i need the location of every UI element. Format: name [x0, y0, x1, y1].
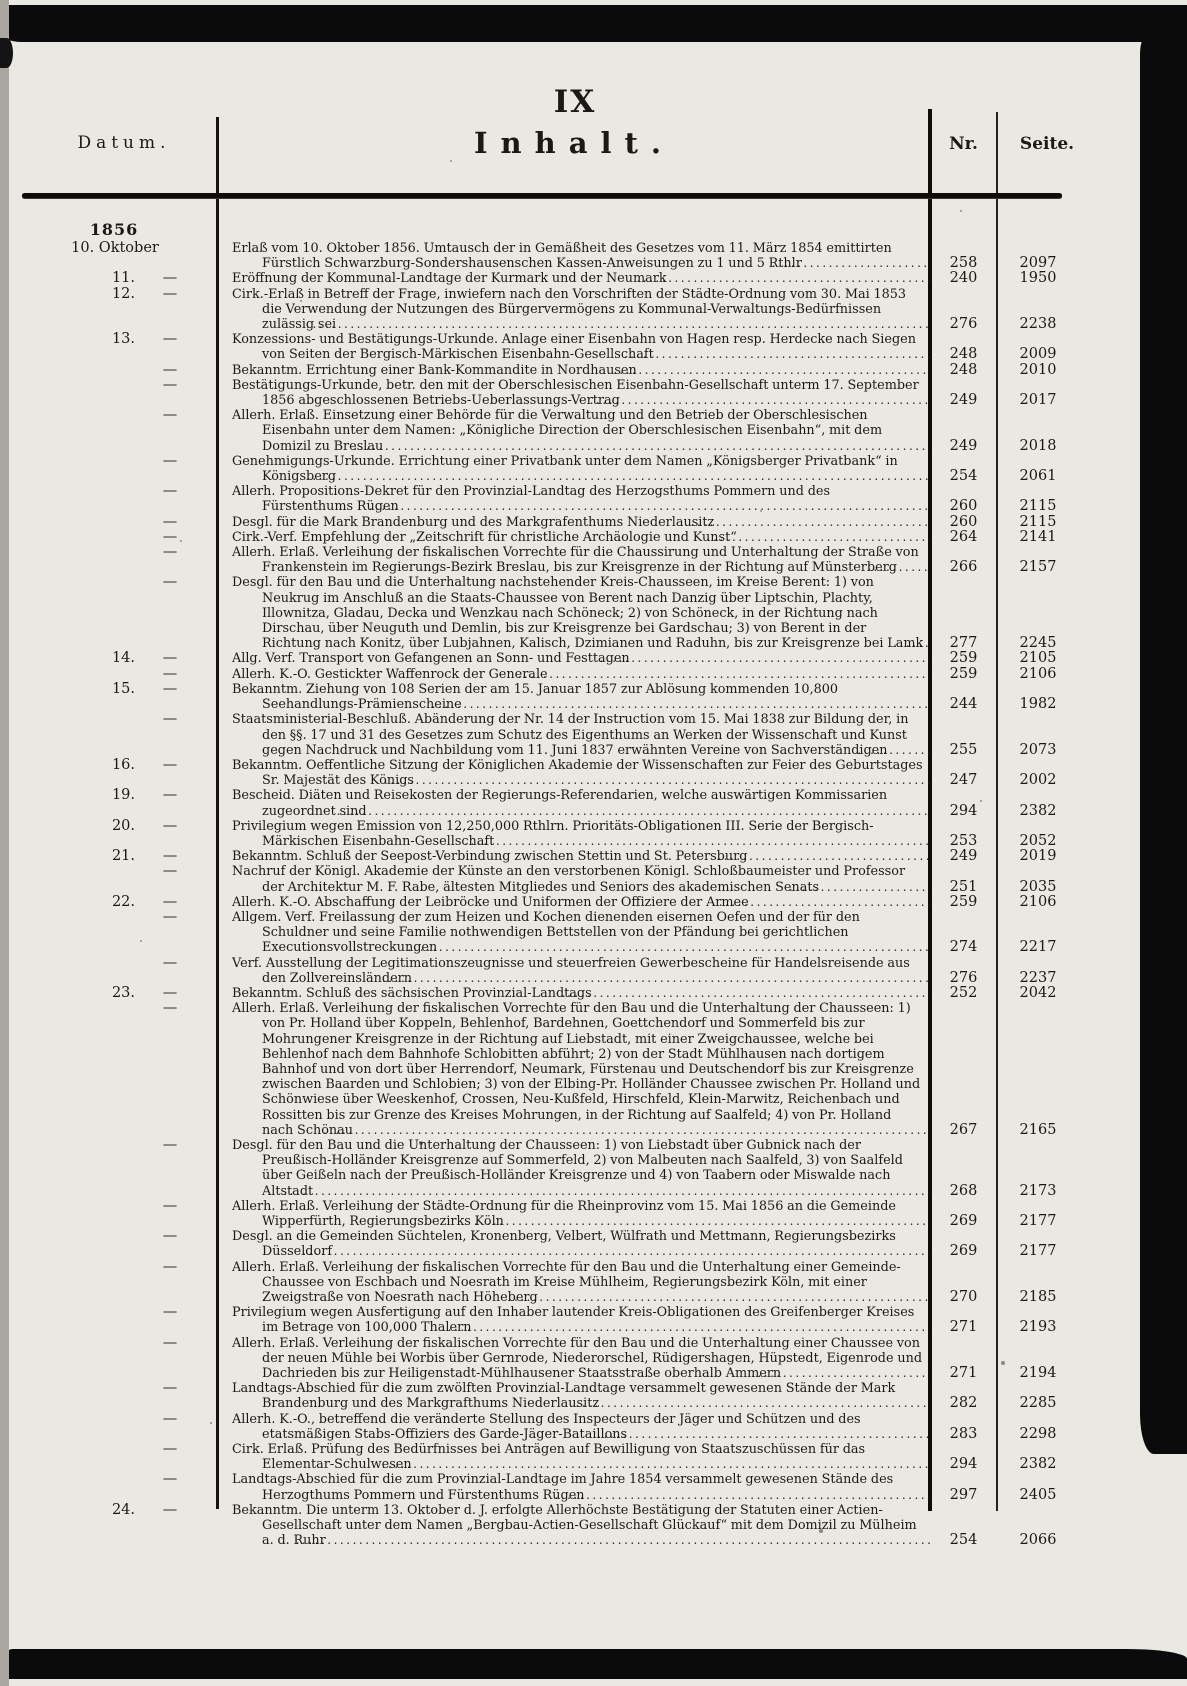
date-number: 24.: [30, 1503, 135, 1518]
date-number: [30, 1001, 135, 1016]
year-label: 1856: [30, 220, 198, 239]
seite-value: 2193: [997, 1320, 1135, 1335]
entry-text: Nachruf der Königl. Akademie der Künste …: [218, 864, 924, 894]
date-ditto-dash: —: [135, 1260, 205, 1275]
date-number: [30, 484, 135, 499]
entry-text: Bekanntm. Schluß des sächsischen Provinz…: [218, 986, 924, 1001]
scan-edge-right: [1140, 34, 1187, 1454]
table-row: 11.—Eröffnung der Kommunal-Landtage der …: [30, 271, 1135, 286]
entry-cell: Desgl. für die Mark Brandenburg und des …: [218, 515, 930, 530]
date-ditto-dash: —: [135, 1138, 205, 1153]
entry-cell: Allerh. K.-O., betreffend die veränderte…: [218, 1412, 930, 1442]
table-row: —Allerh. Erlaß. Verleihung der Städte-Or…: [30, 1199, 1135, 1229]
column-header-nr: Nr.: [930, 134, 997, 154]
table-row: —Nachruf der Königl. Akademie der Künste…: [30, 864, 1135, 894]
date-cell: —: [30, 1001, 218, 1016]
nr-value: 258: [930, 256, 997, 271]
date-ditto-dash: —: [135, 408, 205, 423]
date-ditto-dash: —: [135, 651, 205, 666]
entry-cell: Staatsministerial-Beschluß. Abänderung d…: [218, 712, 930, 758]
seite-value: 2177: [997, 1244, 1135, 1259]
entry-cell: Desgl. für den Bau und die Unterhaltung …: [218, 1138, 930, 1199]
date-ditto-dash: —: [135, 1336, 205, 1351]
entry-cell: Cirk.-Verf. Empfehlung der „Zeitschrift …: [218, 530, 930, 545]
date-number: [30, 575, 135, 590]
seite-value: 2019: [997, 849, 1135, 864]
nr-value: 294: [930, 804, 997, 819]
table-row: 15.—Bekanntm. Ziehung von 108 Serien der…: [30, 682, 1135, 712]
seite-value: 2157: [997, 560, 1135, 575]
entry-cell: Allerh. Erlaß. Verleihung der fiskalisch…: [218, 1336, 930, 1382]
date-cell: 15.—: [30, 682, 218, 697]
date-cell: —: [30, 1199, 218, 1214]
date-cell: —: [30, 1336, 218, 1351]
seite-value: 2115: [997, 515, 1135, 530]
table-row: —Landtags-Abschied für die zum Provinzia…: [30, 1472, 1135, 1502]
nr-value: 271: [930, 1366, 997, 1381]
scanned-page: IX Datum. Inhalt. Nr. Seite. 1856 10. Ok…: [0, 0, 1187, 1686]
date-cell: —: [30, 1472, 218, 1487]
seite-value: 2185: [997, 1290, 1135, 1305]
seite-value: 2405: [997, 1488, 1135, 1503]
nr-value: 254: [930, 1533, 997, 1548]
entry-cell: Allerh. Erlaß. Verleihung der fiskalisch…: [218, 545, 930, 575]
date-number: [30, 1260, 135, 1275]
entry-text: Konzessions- und Bestätigungs-Urkunde. A…: [218, 332, 924, 362]
entry-text: Cirk.-Erlaß in Betreff der Frage, inwief…: [218, 287, 924, 333]
date-number: [30, 1412, 135, 1427]
date-cell: —: [30, 667, 218, 682]
nr-value: 282: [930, 1396, 997, 1411]
column-header-seite: Seite.: [997, 134, 1097, 154]
page-number: IX: [0, 84, 1150, 120]
date-cell: —: [30, 864, 218, 879]
entry-cell: Nachruf der Königl. Akademie der Künste …: [218, 864, 930, 894]
seite-value: 2382: [997, 804, 1135, 819]
date-ditto-dash: —: [135, 575, 205, 590]
nr-value: 276: [930, 971, 997, 986]
seite-value: 2066: [997, 1533, 1135, 1548]
seite-value: 2382: [997, 1457, 1135, 1472]
seite-value: 2052: [997, 834, 1135, 849]
entry-text: Genehmigungs-Urkunde. Errichtung einer P…: [218, 454, 924, 484]
nr-value: 240: [930, 271, 997, 286]
date-number: 20.: [30, 819, 135, 834]
date-cell: —: [30, 1260, 218, 1275]
nr-value: 267: [930, 1123, 997, 1138]
column-header-datum: Datum.: [30, 133, 218, 153]
table-row: 19.—Bescheid. Diäten und Reisekosten der…: [30, 788, 1135, 818]
date-cell: —: [30, 1229, 218, 1244]
entry-text: Allerh. Erlaß. Einsetzung einer Behörde …: [218, 408, 924, 454]
date-ditto-dash: —: [135, 378, 205, 393]
nr-value: 251: [930, 880, 997, 895]
entry-text: Desgl. an die Gemeinden Süchtelen, Krone…: [218, 1229, 924, 1259]
date-number: [30, 1138, 135, 1153]
seite-value: 2245: [997, 636, 1135, 651]
date-cell: —: [30, 1412, 218, 1427]
table-row: —Verf. Ausstellung der Legitimationszeug…: [30, 956, 1135, 986]
entry-cell: Privilegium wegen Emission von 12,250,00…: [218, 819, 930, 849]
table-row: —Allerh. K.-O., betreffend die verändert…: [30, 1412, 1135, 1442]
header-rule: [22, 193, 1062, 198]
date-number: 21.: [30, 849, 135, 864]
table-row: —Allerh. Erlaß. Verleihung der fiskalisc…: [30, 545, 1135, 575]
nr-value: 270: [930, 1290, 997, 1305]
date-ditto-dash: —: [135, 712, 205, 727]
entry-text: Allerh. K.-O. Gestickter Waffenrock der …: [218, 667, 924, 682]
date-number: [30, 515, 135, 530]
date-number: [30, 363, 135, 378]
date-cell: —: [30, 363, 218, 378]
table-row: —Allerh. Erlaß. Verleihung der fiskalisc…: [30, 1336, 1135, 1382]
seite-value: 2009: [997, 347, 1135, 362]
entry-cell: Landtags-Abschied für die zum zwölften P…: [218, 1381, 930, 1411]
table-row: —Cirk. Erlaß. Prüfung des Bedürfnisses b…: [30, 1442, 1135, 1472]
nr-value: 297: [930, 1488, 997, 1503]
seite-value: 2285: [997, 1396, 1135, 1411]
seite-value: 2217: [997, 940, 1135, 955]
date-number: 11.: [30, 271, 135, 286]
entry-cell: Allgem. Verf. Freilassung der zum Heizen…: [218, 910, 930, 956]
table-row: 10. OktoberErlaß vom 10. Oktober 1856. U…: [30, 241, 1135, 271]
nr-value: 271: [930, 1320, 997, 1335]
date-ditto-dash: —: [135, 363, 205, 378]
entry-text: Bekanntm. Ziehung von 108 Serien der am …: [218, 682, 924, 712]
seite-value: 2002: [997, 773, 1135, 788]
date-cell: 23.—: [30, 986, 218, 1001]
date-cell: —: [30, 454, 218, 469]
nr-value: 274: [930, 940, 997, 955]
table-row: —Bestätigungs-Urkunde, betr. den mit der…: [30, 378, 1135, 408]
entry-text: Allerh. Propositions-Dekret für den Prov…: [218, 484, 924, 514]
date-ditto-dash: —: [135, 545, 205, 560]
seite-value: 2035: [997, 880, 1135, 895]
entry-text: Allerh. Erlaß. Verleihung der Städte-Ord…: [218, 1199, 924, 1229]
entry-text: Desgl. für den Bau und die Unterhaltung …: [218, 575, 924, 651]
entry-cell: Bekanntm. Schluß der Seepost-Verbindung …: [218, 849, 930, 864]
entry-cell: Allerh. Erlaß. Verleihung der fiskalisch…: [218, 1260, 930, 1306]
seite-value: 2298: [997, 1427, 1135, 1442]
seite-value: 2177: [997, 1214, 1135, 1229]
seite-value: 1950: [997, 271, 1135, 286]
seite-value: 2106: [997, 895, 1135, 910]
entry-text: Bekanntm. Errichtung einer Bank-Kommandi…: [218, 363, 924, 378]
table-row: —Staatsministerial-Beschluß. Abänderung …: [30, 712, 1135, 758]
table-row: 24.—Bekanntm. Die unterm 13. Oktober d. …: [30, 1503, 1135, 1549]
entry-cell: Bekanntm. Die unterm 13. Oktober d. J. e…: [218, 1503, 930, 1549]
entry-text: Allerh. Erlaß. Verleihung der fiskalisch…: [218, 1001, 924, 1138]
date-ditto-dash: —: [135, 530, 205, 545]
nr-value: 252: [930, 986, 997, 1001]
entry-text: Verf. Ausstellung der Legitimationszeugn…: [218, 956, 924, 986]
table-row: —Genehmigungs-Urkunde. Errichtung einer …: [30, 454, 1135, 484]
entry-cell: Allerh. Erlaß. Verleihung der Städte-Ord…: [218, 1199, 930, 1229]
entry-text: Allg. Verf. Transport von Gefangenen an …: [218, 651, 924, 666]
column-header-inhalt: Inhalt.: [218, 126, 930, 160]
entry-cell: Bekanntm. Ziehung von 108 Serien der am …: [218, 682, 930, 712]
date-number: [30, 1199, 135, 1214]
entry-cell: Erlaß vom 10. Oktober 1856. Umtausch der…: [218, 241, 930, 271]
date-ditto-dash: —: [135, 956, 205, 971]
date-cell: 16.—: [30, 758, 218, 773]
seite-value: 2106: [997, 667, 1135, 682]
nr-value: 283: [930, 1427, 997, 1442]
seite-value: 2165: [997, 1123, 1135, 1138]
nr-value: 294: [930, 1457, 997, 1472]
date-ditto-dash: —: [135, 1305, 205, 1320]
seite-value: 1982: [997, 697, 1135, 712]
nr-value: 248: [930, 347, 997, 362]
table-row: —Desgl. für den Bau und die Unterhaltung…: [30, 575, 1135, 651]
date-number: 16.: [30, 758, 135, 773]
nr-value: 259: [930, 895, 997, 910]
table-row: —Allgem. Verf. Freilassung der zum Heize…: [30, 910, 1135, 956]
date-number: [30, 1336, 135, 1351]
date-cell: —: [30, 1381, 218, 1396]
date-number: [30, 378, 135, 393]
table-row: —Allerh. K.-O. Gestickter Waffenrock der…: [30, 667, 1135, 682]
nr-value: 277: [930, 636, 997, 651]
nr-value: 264: [930, 530, 997, 545]
entry-cell: Desgl. an die Gemeinden Süchtelen, Krone…: [218, 1229, 930, 1259]
date-cell: —: [30, 1138, 218, 1153]
nr-value: 254: [930, 469, 997, 484]
date-cell: 24.—: [30, 1503, 218, 1518]
date-number: 12.: [30, 287, 135, 302]
date-number: 19.: [30, 788, 135, 803]
nr-value: 259: [930, 651, 997, 666]
entry-text: Privilegium wegen Ausfertigung auf den I…: [218, 1305, 924, 1335]
entry-cell: Genehmigungs-Urkunde. Errichtung einer P…: [218, 454, 930, 484]
date-number: [30, 545, 135, 560]
entry-cell: Privilegium wegen Ausfertigung auf den I…: [218, 1305, 930, 1335]
entry-text: Allerh. K.-O. Abschaffung der Leibröcke …: [218, 895, 924, 910]
date-ditto-dash: —: [135, 454, 205, 469]
entry-text: Desgl. für den Bau und die Unterhaltung …: [218, 1138, 924, 1199]
nr-value: 249: [930, 849, 997, 864]
table-row: —Allerh. Erlaß. Verleihung der fiskalisc…: [30, 1001, 1135, 1138]
date-cell: 19.—: [30, 788, 218, 803]
entry-text: Bekanntm. Schluß der Seepost-Verbindung …: [218, 849, 924, 864]
seite-value: 2173: [997, 1184, 1135, 1199]
nr-value: 276: [930, 317, 997, 332]
entry-cell: Allerh. Erlaß. Verleihung der fiskalisch…: [218, 1001, 930, 1138]
date-number: 13.: [30, 332, 135, 347]
date-number: [30, 530, 135, 545]
seite-value: 2017: [997, 393, 1135, 408]
entry-cell: Allg. Verf. Transport von Gefangenen an …: [218, 651, 930, 666]
nr-value: 249: [930, 393, 997, 408]
seite-value: 2237: [997, 971, 1135, 986]
table-row: —Bekanntm. Errichtung einer Bank-Kommand…: [30, 363, 1135, 378]
date-cell: 10. Oktober: [30, 241, 218, 256]
nr-value: 269: [930, 1214, 997, 1229]
seite-value: 2042: [997, 986, 1135, 1001]
table-row: 16.—Bekanntm. Oeffentliche Sitzung der K…: [30, 758, 1135, 788]
table-row: —Allerh. Erlaß. Verleihung der fiskalisc…: [30, 1260, 1135, 1306]
entry-cell: Cirk.-Erlaß in Betreff der Frage, inwief…: [218, 287, 930, 333]
table-row: 23.—Bekanntm. Schluß des sächsischen Pro…: [30, 986, 1135, 1001]
entry-text: Landtags-Abschied für die zum Provinzial…: [218, 1472, 924, 1502]
entry-cell: Eröffnung der Kommunal-Landtage der Kurm…: [218, 271, 930, 286]
date-cell: 22.—: [30, 895, 218, 910]
date-cell: —: [30, 530, 218, 545]
date-number: [30, 910, 135, 925]
date-ditto-dash: —: [135, 895, 205, 910]
entry-text: Privilegium wegen Emission von 12,250,00…: [218, 819, 924, 849]
table-row: 20.—Privilegium wegen Emission von 12,25…: [30, 819, 1135, 849]
date-number: 23.: [30, 986, 135, 1001]
entry-cell: Landtags-Abschied für die zum Provinzial…: [218, 1472, 930, 1502]
entry-text: Staatsministerial-Beschluß. Abänderung d…: [218, 712, 924, 758]
entry-cell: Konzessions- und Bestätigungs-Urkunde. A…: [218, 332, 930, 362]
date-ditto-dash: —: [135, 1412, 205, 1427]
entry-text: Allerh. K.-O., betreffend die veränderte…: [218, 1412, 924, 1442]
date-cell: 12.—: [30, 287, 218, 302]
date-ditto-dash: —: [135, 1503, 205, 1518]
date-ditto-dash: —: [135, 1381, 205, 1396]
date-ditto-dash: —: [135, 1001, 205, 1016]
entry-text: Allerh. Erlaß. Verleihung der fiskalisch…: [218, 545, 924, 575]
date-cell: —: [30, 484, 218, 499]
seite-value: 2194: [997, 1366, 1135, 1381]
table-row: —Allerh. Propositions-Dekret für den Pro…: [30, 484, 1135, 514]
table-row: —Allerh. Erlaß. Einsetzung einer Behörde…: [30, 408, 1135, 454]
date-ditto-dash: —: [135, 910, 205, 925]
date-number: [30, 1305, 135, 1320]
date-ditto-dash: —: [135, 864, 205, 879]
date-ditto-dash: —: [135, 682, 205, 697]
entry-cell: Allerh. K.-O. Abschaffung der Leibröcke …: [218, 895, 930, 910]
nr-value: 248: [930, 363, 997, 378]
entry-text: Allerh. Erlaß. Verleihung der fiskalisch…: [218, 1336, 924, 1382]
entry-text: Eröffnung der Kommunal-Landtage der Kurm…: [218, 271, 924, 286]
entry-cell: Desgl. für den Bau und die Unterhaltung …: [218, 575, 930, 651]
nr-value: 244: [930, 697, 997, 712]
date-ditto-dash: —: [135, 1229, 205, 1244]
nr-value: 266: [930, 560, 997, 575]
date-cell: —: [30, 408, 218, 423]
date-cell: 13.—: [30, 332, 218, 347]
entry-cell: Allerh. Erlaß. Einsetzung einer Behörde …: [218, 408, 930, 454]
entry-text: Erlaß vom 10. Oktober 1856. Umtausch der…: [218, 241, 924, 271]
date-ditto-dash: —: [135, 271, 205, 286]
date-number: 22.: [30, 895, 135, 910]
date-number: [30, 1229, 135, 1244]
seite-value: 2010: [997, 363, 1135, 378]
date-ditto-dash: —: [135, 1472, 205, 1487]
date-cell: —: [30, 910, 218, 925]
entry-cell: Allerh. K.-O. Gestickter Waffenrock der …: [218, 667, 930, 682]
entry-text: Bestätigungs-Urkunde, betr. den mit der …: [218, 378, 924, 408]
date-number: [30, 1381, 135, 1396]
table-row: —Desgl. an die Gemeinden Süchtelen, Kron…: [30, 1229, 1135, 1259]
toc-rows: 10. OktoberErlaß vom 10. Oktober 1856. U…: [30, 241, 1135, 1548]
seite-value: 2141: [997, 530, 1135, 545]
table-row: —Cirk.-Verf. Empfehlung der „Zeitschrift…: [30, 530, 1135, 545]
date-ditto-dash: —: [135, 332, 205, 347]
date-cell: —: [30, 575, 218, 590]
table-row: 14.—Allg. Verf. Transport von Gefangenen…: [30, 651, 1135, 666]
entry-text: Landtags-Abschied für die zum zwölften P…: [218, 1381, 924, 1411]
seite-value: 2105: [997, 651, 1135, 666]
entry-text: Allerh. Erlaß. Verleihung der fiskalisch…: [218, 1260, 924, 1306]
date-number: [30, 864, 135, 879]
date-number: [30, 1472, 135, 1487]
nr-value: 247: [930, 773, 997, 788]
table-row: 12.—Cirk.-Erlaß in Betreff der Frage, in…: [30, 287, 1135, 333]
date-number: [30, 712, 135, 727]
nr-value: 255: [930, 743, 997, 758]
date-number: [30, 454, 135, 469]
nr-value: 260: [930, 499, 997, 514]
nr-value: 253: [930, 834, 997, 849]
entry-text: Bekanntm. Oeffentliche Sitzung der König…: [218, 758, 924, 788]
table-row: —Landtags-Abschied für die zum zwölften …: [30, 1381, 1135, 1411]
date-cell: 11.—: [30, 271, 218, 286]
seite-value: 2115: [997, 499, 1135, 514]
entry-cell: Bescheid. Diäten und Reisekosten der Reg…: [218, 788, 930, 818]
date-ditto-dash: —: [135, 515, 205, 530]
table-row: —Desgl. für die Mark Brandenburg und des…: [30, 515, 1135, 530]
entry-cell: Bekanntm. Oeffentliche Sitzung der König…: [218, 758, 930, 788]
entry-cell: Bekanntm. Errichtung einer Bank-Kommandi…: [218, 363, 930, 378]
date-cell: —: [30, 712, 218, 727]
date-number: 14.: [30, 651, 135, 666]
date-number: [30, 408, 135, 423]
entry-cell: Verf. Ausstellung der Legitimationszeugn…: [218, 956, 930, 986]
seite-value: 2097: [997, 256, 1135, 271]
table-row: 13.—Konzessions- und Bestätigungs-Urkund…: [30, 332, 1135, 362]
date-ditto-dash: —: [135, 287, 205, 302]
entry-text: Cirk.-Verf. Empfehlung der „Zeitschrift …: [218, 530, 924, 545]
nr-value: 269: [930, 1244, 997, 1259]
date-ditto-dash: —: [135, 788, 205, 803]
entry-cell: Bekanntm. Schluß des sächsischen Provinz…: [218, 986, 930, 1001]
nr-value: 249: [930, 439, 997, 454]
date-cell: 21.—: [30, 849, 218, 864]
nr-value: 268: [930, 1184, 997, 1199]
entry-cell: Allerh. Propositions-Dekret für den Prov…: [218, 484, 930, 514]
entry-text: Cirk. Erlaß. Prüfung des Bedürfnisses be…: [218, 1442, 924, 1472]
scan-corner-mark: [0, 38, 13, 68]
date-cell: —: [30, 1442, 218, 1457]
date-ditto-dash: —: [135, 1199, 205, 1214]
seite-value: 2018: [997, 439, 1135, 454]
entry-text: Allgem. Verf. Freilassung der zum Heizen…: [218, 910, 924, 956]
date-cell: —: [30, 545, 218, 560]
scan-edge-left: [0, 0, 9, 1686]
date-ditto-dash: —: [135, 986, 205, 1001]
date-cell: —: [30, 956, 218, 971]
date-number: [30, 667, 135, 682]
date-number: [30, 956, 135, 971]
date-cell: —: [30, 515, 218, 530]
seite-value: 2073: [997, 743, 1135, 758]
date-cell: —: [30, 1305, 218, 1320]
entry-text: Bekanntm. Die unterm 13. Oktober d. J. e…: [218, 1503, 924, 1549]
table-row: 21.—Bekanntm. Schluß der Seepost-Verbind…: [30, 849, 1135, 864]
date-number: 15.: [30, 682, 135, 697]
date-ditto-dash: —: [135, 819, 205, 834]
date-cell: 20.—: [30, 819, 218, 834]
table-row: —Desgl. für den Bau und die Unterhaltung…: [30, 1138, 1135, 1199]
table-row: —Privilegium wegen Ausfertigung auf den …: [30, 1305, 1135, 1335]
scan-edge-top: [0, 5, 1187, 42]
seite-value: 2238: [997, 317, 1135, 332]
date-ditto-dash: —: [135, 849, 205, 864]
